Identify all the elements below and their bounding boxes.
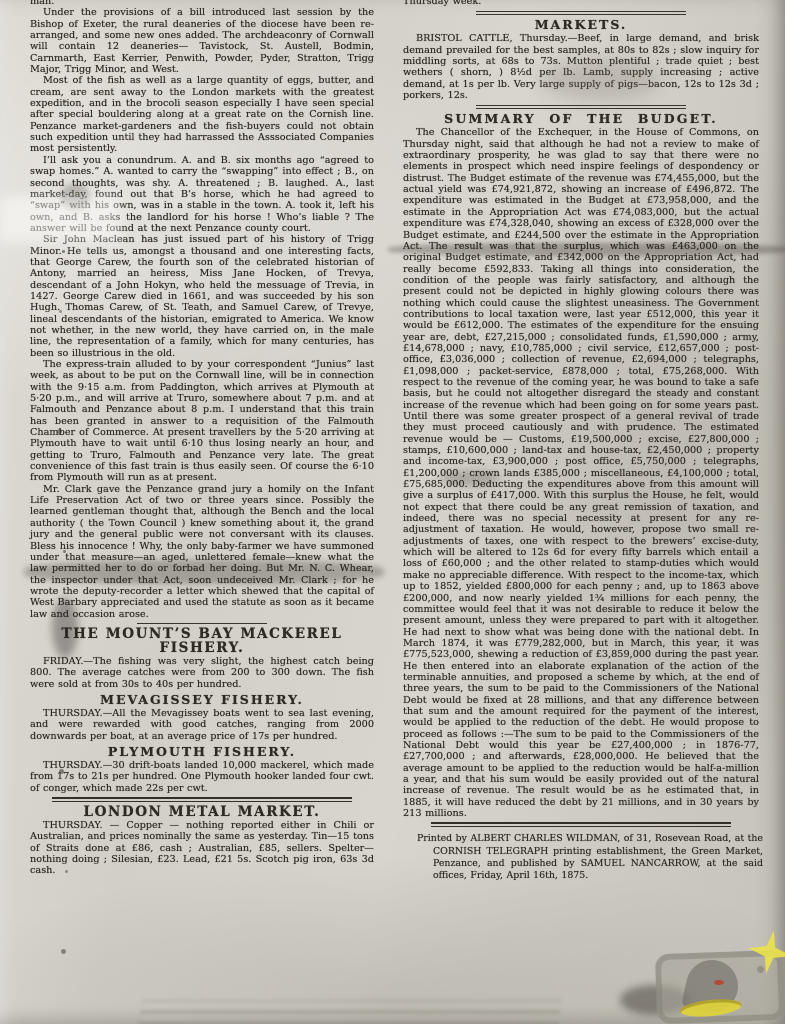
heading-london-metal-market: LONDON METAL MARKET. [30, 805, 374, 819]
double-rule [431, 822, 731, 827]
news-paragraph-maclean-history: Sir John Maclean has just issued part of… [30, 234, 374, 359]
right-column: Thursday week. MARKETS. BRISTOL CATTLE, … [403, 0, 759, 882]
double-rule [476, 105, 686, 109]
news-paragraph-express-train: The express-train alluded to by your cor… [30, 359, 374, 484]
left-column: man. Under the provisions of a bill intr… [30, 0, 374, 877]
double-rule [52, 797, 352, 802]
heading-summary-of-the-budget: SUMMARY OF THE BUDGET. [403, 112, 759, 126]
heading-plymouth-fishery: PLYMOUTH FISHERY. [30, 745, 374, 759]
news-paragraph-deaneries: Under the provisions of a bill introduce… [30, 7, 374, 75]
body-plymouth-fishery: THURSDAY.—30 drift-boats landed 10,000 m… [30, 760, 374, 794]
newspaper-scan-page: man. Under the provisions of a bill intr… [0, 0, 785, 1024]
margin-specks [62, 250, 65, 253]
watermark-badge [655, 950, 785, 1024]
body-mounts-bay-fishery: FRIDAY.—The fishing was very slight, the… [30, 656, 374, 690]
heading-mevagissey-fishery: MEVAGISSEY FISHERY. [30, 693, 374, 707]
news-paragraph-fish-markets: Most of the fish as well as a large quan… [30, 75, 374, 154]
cutoff-line-fragment: man. [30, 0, 374, 7]
heading-mounts-bay-fishery: THE MOUNT’S BAY MACKEREL FISHERY. [30, 627, 374, 655]
body-mevagissey-fishery: THURSDAY.—All the Mevagissey boats went … [30, 708, 374, 742]
printer-imprint: Printed by ALBERT CHARLES WILDMAN, of 31… [403, 833, 763, 882]
watermark-crescent-icon [679, 997, 742, 1019]
bleed-through-text [138, 1000, 562, 1024]
watermark [648, 938, 785, 1024]
watermark-red-mark [714, 980, 724, 985]
watermark-emblem-icon [681, 955, 743, 1017]
cutoff-line-fragment: Thursday week. [403, 0, 759, 7]
body-markets-bristol-cattle: BRISTOL CATTLE, Thursday.—Beef, in large… [403, 33, 759, 101]
heading-markets: MARKETS. [403, 18, 759, 32]
section-divider-rule [137, 623, 267, 624]
news-paragraph-conundrum: I’ll ask you a conundrum. A. and B. six … [30, 155, 374, 234]
watermark-star-icon [745, 927, 785, 978]
ink-blot [620, 985, 690, 1015]
body-london-metal-market: THURSDAY. — Copper — nothing reported ei… [30, 820, 374, 877]
double-rule [476, 11, 686, 15]
body-budget-summary: The Chancellor of the Exchequer, in the … [403, 127, 759, 819]
news-paragraph-grand-jury: Mr. Clark gave the Penzance grand jury a… [30, 484, 374, 620]
